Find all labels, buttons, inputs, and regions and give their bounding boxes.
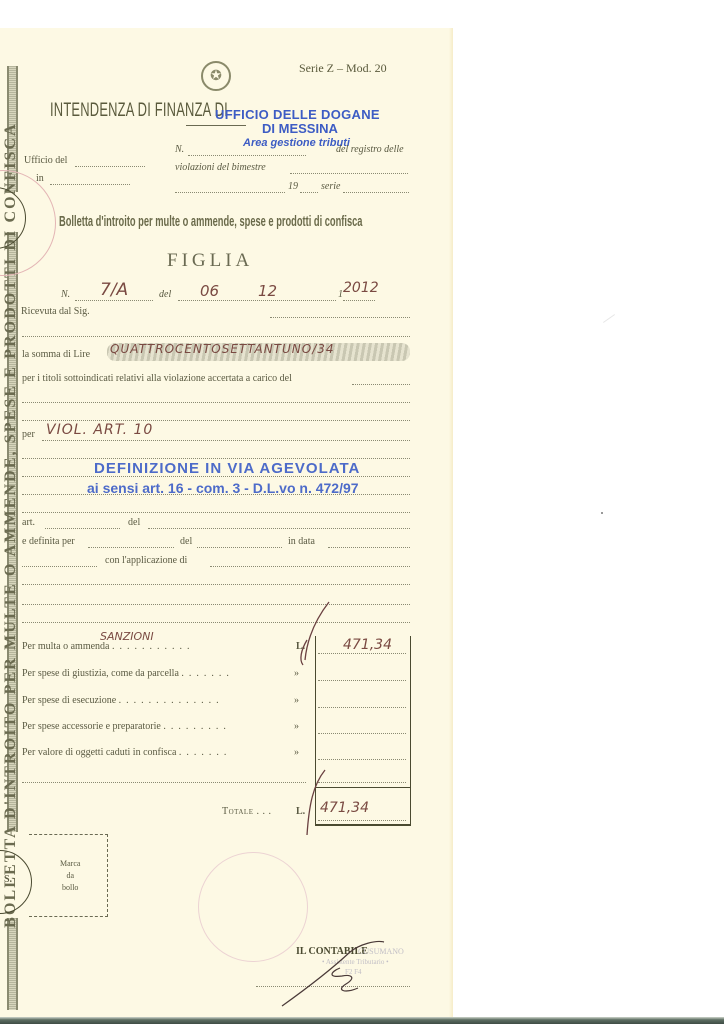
art-field[interactable]	[45, 528, 120, 529]
definita-del-field[interactable]	[197, 547, 282, 548]
office-header-line	[186, 125, 246, 126]
date-field[interactable]	[178, 300, 336, 301]
scan-speck	[601, 512, 603, 514]
stamp-definizione-line2: ai sensi art. 16 - com. 3 - D.L.vo n. 47…	[87, 480, 359, 496]
n-registro-label: N.	[175, 144, 184, 155]
bimestre-date-field[interactable]	[175, 192, 285, 193]
ufficio-label: Ufficio del	[24, 155, 67, 166]
n-registro-field[interactable]	[188, 155, 306, 156]
office-header: INTENDENZA DI FINANZA DI	[50, 100, 228, 122]
year-value[interactable]: 2012	[343, 280, 379, 296]
form-title: Bolletta d'introito per multe o ammende,…	[59, 213, 362, 230]
del-label: del	[159, 289, 171, 300]
scanner-edge	[0, 1017, 724, 1024]
registro-label: del registro delle	[336, 144, 404, 155]
amount-row-0-annotation: SANZIONI	[100, 630, 154, 643]
date-month[interactable]: 12	[258, 282, 277, 300]
marca-da-bollo-label: Marcadabollo	[60, 858, 80, 894]
amount-row-2-label: Per spese di esecuzione ..............	[22, 695, 224, 706]
definita-del-label: del	[180, 536, 192, 547]
amount-row-4-label: Per valore di oggetti caduti in confisca…	[22, 747, 231, 758]
ricevuta-field[interactable]	[270, 317, 410, 318]
scan-speck	[603, 314, 615, 323]
carico-field-3[interactable]	[22, 420, 410, 421]
italian-republic-emblem-icon: ✪	[201, 61, 231, 91]
total-label: Totale . . .	[222, 806, 272, 817]
art-label: art.	[22, 517, 35, 528]
titoli-text: per i titoli sottoindicati relativi alla…	[22, 373, 292, 384]
in-data-label: in data	[288, 536, 315, 547]
definita-field[interactable]	[88, 547, 174, 548]
ricevuta-label: Ricevuta dal Sig.	[21, 306, 90, 317]
violazioni-label: violazioni del bimestre	[175, 162, 266, 173]
art-del-field[interactable]	[148, 528, 410, 529]
in-label: in	[36, 173, 44, 184]
stamp-definizione-line1: DEFINIZIONE IN VIA AGEVOLATA	[94, 460, 360, 477]
ricevuta-field-2[interactable]	[22, 336, 410, 337]
in-data-field[interactable]	[328, 547, 410, 548]
applicazione-field[interactable]	[210, 566, 410, 567]
applicazione-field-3[interactable]	[22, 604, 410, 605]
serie-label: serie	[321, 181, 340, 192]
definita-label: e definita per	[22, 536, 75, 547]
somma-label: la somma di Lire	[22, 349, 90, 360]
stamp-office-line3: Area gestione tributi	[243, 137, 350, 149]
amount-row-1-label: Per spese di giustizia, come da parcella…	[22, 668, 234, 679]
n-field[interactable]	[75, 300, 153, 301]
n-label: N.	[61, 289, 70, 300]
applicazione-field-2[interactable]	[22, 584, 410, 585]
n-value[interactable]: 7/A	[100, 280, 128, 300]
copy-type: FIGLIA	[167, 250, 253, 272]
amount-row-0-value[interactable]: 471,34	[343, 637, 392, 653]
ufficio-field[interactable]	[75, 166, 145, 167]
side-circle-label: S.	[4, 874, 12, 885]
year-label: 19	[288, 181, 298, 192]
applicazione-pre-field[interactable]	[22, 566, 97, 567]
series-model: Serie Z – Mod. 20	[299, 61, 387, 76]
somma-value[interactable]: QUATTROCENTOSETTANTUNO/34	[110, 342, 335, 356]
in-field[interactable]	[50, 184, 130, 185]
signature	[280, 938, 390, 1010]
year-field[interactable]	[300, 192, 318, 193]
art-del-label: del	[128, 517, 140, 528]
applicazione-label: con l'applicazione di	[105, 555, 187, 566]
year-field-line	[343, 300, 375, 301]
date-day[interactable]: 06	[200, 282, 219, 300]
amount-row-3-label: Per spese accessorie e preparatorie ....…	[22, 721, 231, 732]
per-label: per	[22, 429, 35, 440]
bimestre-field[interactable]	[290, 173, 408, 174]
carico-field[interactable]	[352, 384, 410, 385]
stamp-office-line2: DI MESSINA	[262, 121, 338, 136]
applicazione-field-4[interactable]	[22, 622, 410, 623]
per-field-5[interactable]	[22, 512, 410, 513]
serie-field[interactable]	[343, 192, 409, 193]
per-field[interactable]	[42, 440, 410, 441]
carico-field-2[interactable]	[22, 402, 410, 403]
stamp-office-line1: UFFICIO DELLE DOGANE	[215, 107, 380, 122]
per-value[interactable]: VIOL. ART. 10	[46, 422, 153, 438]
amount-extra-field[interactable]	[22, 782, 306, 783]
per-field-2[interactable]	[22, 458, 410, 459]
handwritten-strokes	[295, 600, 335, 840]
